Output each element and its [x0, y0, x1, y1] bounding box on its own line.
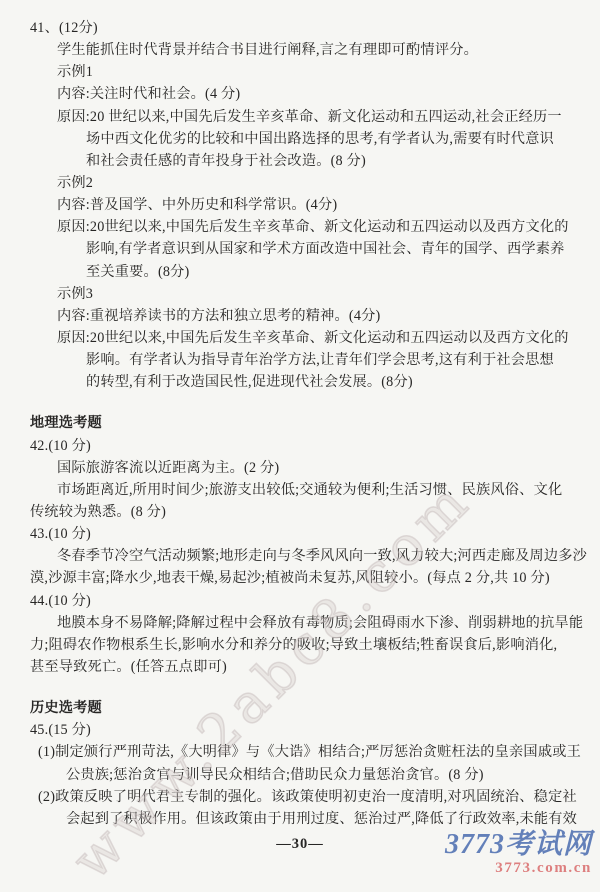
text-line: 41、(12分): [30, 17, 600, 39]
text-line: 原因:20 世纪以来,中国先后发生辛亥革命、新文化运动和五四运动,社会正经历一: [57, 106, 600, 128]
text-line: 漠,沙源丰富;降水少,地表干燥,易起沙;植被尚未复苏,风阻较小。(每点 2 分,…: [30, 567, 600, 589]
text-line: 地理选考题: [30, 412, 600, 434]
text-line: 影响,有学者意识到从国家和学术方面改造中国社会、青年的国学、西学素养: [86, 238, 600, 260]
text-line: 原因:20世纪以来,中国先后发生辛亥革命、新文化运动和五四运动以及西方文化的: [57, 216, 600, 238]
text-line: 会起到了积极作用。但该政策由于用刑过度、惩治过严,降低了行政效率,未能有效: [66, 808, 600, 830]
document-page: 41、(12分)学生能抓住时代背景并结合书目进行阐释,言之有理即可酌情评分。示例…: [0, 0, 600, 892]
text-line: 示例1: [57, 61, 600, 83]
text-line: 示例3: [57, 283, 600, 305]
text-line: 44.(10 分): [30, 590, 600, 612]
text-line: 内容:重视培养读书的方法和独立思考的精神。(4分): [57, 305, 600, 327]
text-line: (1)制定颁行严刑苛法,《大明律》与《大诰》相结合;严厉惩治贪赃枉法的皇亲国戚或…: [38, 741, 600, 763]
text-line: 45.(15 分): [30, 719, 600, 741]
text-line: 传统较为熟悉。(8 分): [30, 501, 600, 523]
text-line: 学生能抓住时代背景并结合书目进行阐释,言之有理即可酌情评分。: [57, 39, 600, 61]
text-line: 至关重要。(8分): [86, 261, 600, 283]
text-line: 42.(10 分): [30, 435, 600, 457]
text-line: 的转型,有利于改造国民性,促进现代社会发展。(8分): [86, 371, 600, 393]
text-line: 场中西文化优劣的比较和中国出路选择的思考,有学者认为,需要有时代意识: [86, 128, 600, 150]
scanned-answer-sheet: { "colors":{ "paper":"#f6f6f3", "ink":"#…: [0, 0, 600, 892]
text-line: 地膜本身不易降解;降解过程中会释放有毒物质;会阻碍雨水下渗、削弱耕地的抗旱能: [57, 612, 600, 634]
answer-text-block: 41、(12分)学生能抓住时代背景并结合书目进行阐释,言之有理即可酌情评分。示例…: [30, 17, 600, 830]
text-line: 冬春季节冷空气活动频繁;地形走向与冬季风风向一致,风力较大;河西走廊及周边多沙: [57, 545, 600, 567]
site-logo-domain: 3773.com.cn: [445, 861, 592, 877]
text-line: 力;阻碍农作物根系生长,影响水分和养分的吸收;导致土壤板结;牲畜误食后,影响消化…: [30, 634, 600, 656]
text-line: 历史选考题: [30, 697, 600, 719]
text-line: 内容:普及国学、中外历史和科学常识。(4分): [57, 194, 600, 216]
site-logo-title: 3773考试网: [445, 830, 592, 859]
text-line: 国际旅游客流以近距离为主。(2 分): [57, 457, 600, 479]
text-line: 公贵族;惩治贪官与训导民众相结合;借助民众力量惩治贪官。(8 分): [66, 764, 600, 786]
text-line: 甚至导致死亡。(任答五点即可): [30, 656, 600, 678]
text-line: 和社会责任感的青年投身于社会改造。(8 分): [86, 150, 600, 172]
text-line: 示例2: [57, 172, 600, 194]
text-line: 43.(10 分): [30, 523, 600, 545]
site-logo: 3773考试网 3773.com.cn: [445, 830, 592, 877]
text-line: (2)政策反映了明代君主专制的强化。该政策使明初吏治一度清明,对巩固统治、稳定社: [38, 786, 600, 808]
text-line: 内容:关注时代和社会。(4 分): [57, 83, 600, 105]
text-line: 原因:20世纪以来,中国先后发生辛亥革命、新文化运动和五四运动以及西方文化的: [57, 327, 600, 349]
text-line: 影响。有学者认为指导青年治学方法,让青年们学会思考,这有利于社会思想: [86, 349, 600, 371]
text-line: 市场距离近,所用时间少;旅游支出较低;交通较为便利;生活习惯、民族风俗、文化: [57, 479, 600, 501]
